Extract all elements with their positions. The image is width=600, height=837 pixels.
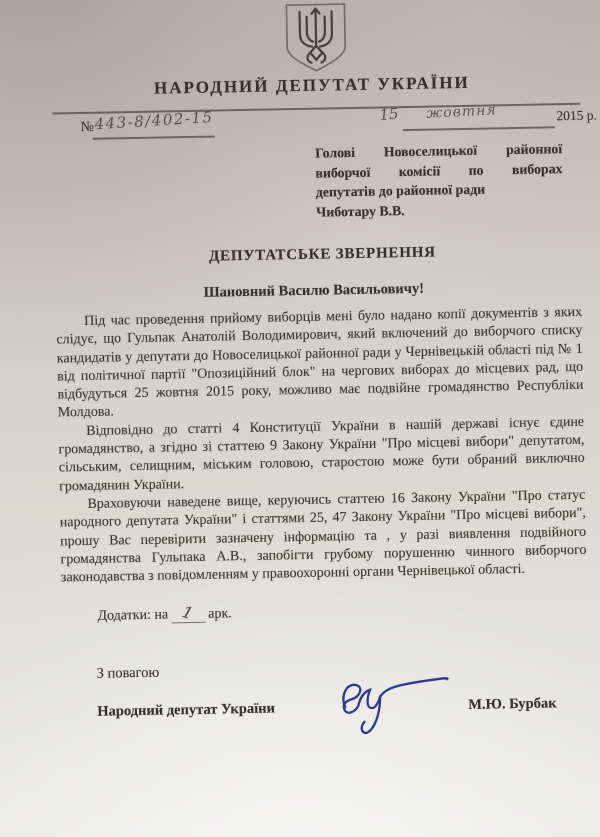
attachments-count-blank: 1 [171, 607, 205, 624]
recipient-block: Голові Новоселицької районної виборчої к… [315, 139, 563, 222]
letter-body: Під час проведення прийому виборців мені… [56, 304, 587, 588]
ref-number-underline [93, 136, 215, 140]
valediction: З повагою [96, 665, 159, 683]
date-underline [403, 126, 555, 130]
ukraine-trident-emblem-icon [282, 2, 349, 73]
attachments-line: Додатки: на1арк. [97, 606, 231, 624]
letterhead-title: НАРОДНИЙ ДЕПУТАТ УКРАЇНИ [30, 71, 594, 101]
ref-number-sign: № [80, 120, 94, 136]
signer-role: Народний депутат України [97, 701, 275, 721]
date-day-handwritten: 15 [379, 105, 400, 125]
scanned-letter-photo: НАРОДНИЙ ДЕПУТАТ УКРАЇНИ № 443-8/402-15 … [0, 0, 600, 837]
attachments-label: Додатки: на [97, 607, 168, 623]
date-year: 2015 р. [556, 108, 597, 125]
attachments-count-handwritten: 1 [180, 602, 195, 623]
signature-icon [325, 665, 461, 747]
subject-heading: ДЕПУТАТСЬКЕ ЗВЕРНЕННЯ [209, 244, 436, 265]
salutation: Шановний Василю Васильовичу! [204, 281, 425, 302]
body-paragraph: Під час проведення прийому виборців мені… [56, 304, 584, 423]
body-paragraph: Враховуючи наведене вище, керуючись стат… [59, 487, 587, 588]
signer-name: М.Ю. Бурбак [468, 695, 557, 714]
letter-document: НАРОДНИЙ ДЕПУТАТ УКРАЇНИ № 443-8/402-15 … [0, 0, 600, 837]
attachments-suffix: арк. [208, 606, 232, 621]
body-paragraph: Відповідно до статті 4 Конституції Украї… [58, 414, 585, 497]
date-month-handwritten: жовтня [426, 102, 497, 122]
recipient-name: Чиботару В.В. [316, 198, 563, 222]
